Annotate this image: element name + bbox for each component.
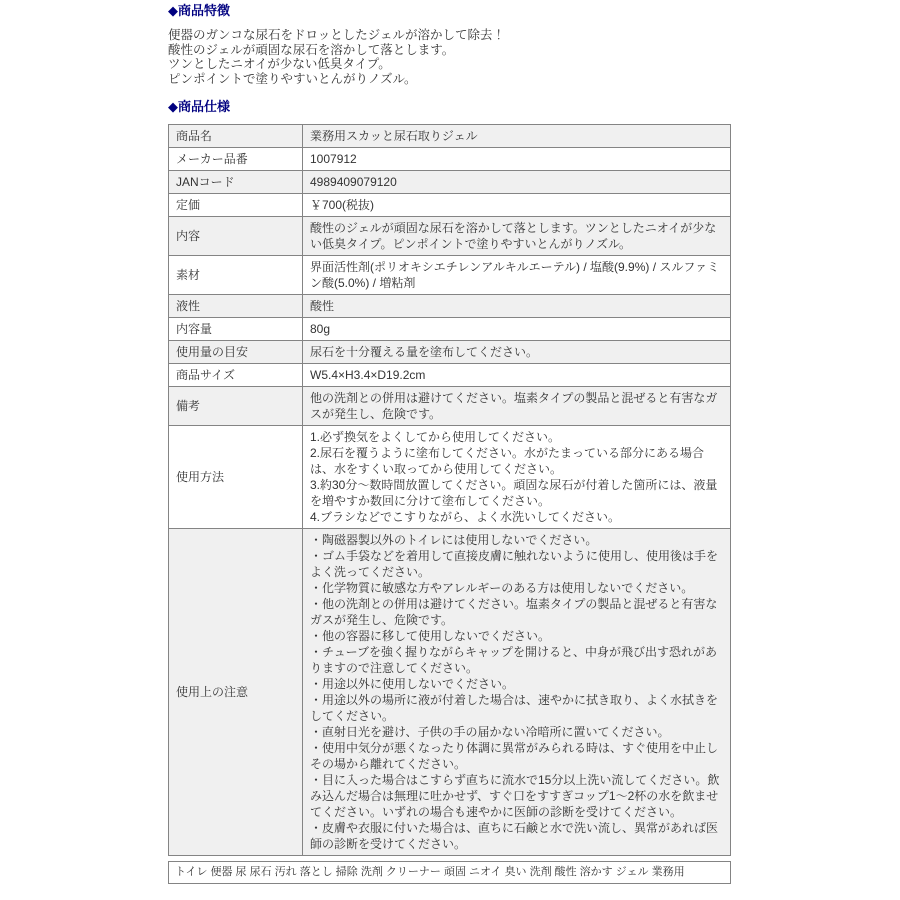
spec-label: 内容: [169, 217, 303, 256]
feature-line: 便器のガンコな尿石をドロッとしたジェルが溶かして除去！: [168, 28, 731, 43]
table-row: 内容量 80g: [169, 318, 731, 341]
spec-label: 使用上の注意: [169, 529, 303, 856]
spec-value: 80g: [303, 318, 731, 341]
spec-value: W5.4×H3.4×D19.2cm: [303, 364, 731, 387]
table-row: 備考 他の洗剤との併用は避けてください。塩素タイプの製品と混ぜると有害なガスが発…: [169, 387, 731, 426]
spec-value: 1007912: [303, 148, 731, 171]
spec-label: 商品名: [169, 125, 303, 148]
feature-line: ピンポイントで塗りやすいとんがりノズル。: [168, 72, 731, 87]
features-text: 便器のガンコな尿石をドロッとしたジェルが溶かして除去！ 酸性のジェルが頑固な尿石…: [168, 28, 731, 86]
spec-label: 備考: [169, 387, 303, 426]
table-row: JANコード 4989409079120: [169, 171, 731, 194]
spec-label: JANコード: [169, 171, 303, 194]
table-row: 使用量の目安 尿石を十分覆える量を塗布してください。: [169, 341, 731, 364]
spec-value: ・陶磁器製以外のトイレには使用しないでください。 ・ゴム手袋などを着用して直接皮…: [303, 529, 731, 856]
keywords-text: トイレ 便器 尿 尿石 汚れ 落とし 掃除 洗剤 クリーナー 頑固 ニオイ 臭い…: [175, 866, 685, 878]
table-row: 定価 ￥700(税抜): [169, 194, 731, 217]
table-row: メーカー品番 1007912: [169, 148, 731, 171]
spec-value: 4989409079120: [303, 171, 731, 194]
spec-value: 尿石を十分覆える量を塗布してください。: [303, 341, 731, 364]
spec-label: 商品サイズ: [169, 364, 303, 387]
spec-label: 素材: [169, 256, 303, 295]
table-row: 使用上の注意 ・陶磁器製以外のトイレには使用しないでください。 ・ゴム手袋などを…: [169, 529, 731, 856]
keywords-footer: トイレ 便器 尿 尿石 汚れ 落とし 掃除 洗剤 クリーナー 頑固 ニオイ 臭い…: [168, 861, 731, 884]
feature-line: ツンとしたニオイが少ない低臭タイプ。: [168, 57, 731, 72]
table-row: 液性 酸性: [169, 295, 731, 318]
spec-label: メーカー品番: [169, 148, 303, 171]
spec-value: ￥700(税抜): [303, 194, 731, 217]
spec-label: 定価: [169, 194, 303, 217]
table-row: 内容 酸性のジェルが頑固な尿石を溶かして落とします。ツンとしたニオイが少ない低臭…: [169, 217, 731, 256]
spec-label: 内容量: [169, 318, 303, 341]
specs-heading: ◆商品仕様: [168, 99, 731, 114]
spec-value: 酸性: [303, 295, 731, 318]
spec-value: 界面活性剤(ポリオキシエチレンアルキルエーテル) / 塩酸(9.9%) / スル…: [303, 256, 731, 295]
spec-label: 使用量の目安: [169, 341, 303, 364]
table-row: 商品サイズ W5.4×H3.4×D19.2cm: [169, 364, 731, 387]
spec-value: 他の洗剤との併用は避けてください。塩素タイプの製品と混ぜると有害なガスが発生し、…: [303, 387, 731, 426]
spec-label: 使用方法: [169, 426, 303, 529]
specs-table: 商品名 業務用スカッと尿石取りジェル メーカー品番 1007912 JANコード…: [168, 124, 731, 856]
table-row: 素材 界面活性剤(ポリオキシエチレンアルキルエーテル) / 塩酸(9.9%) /…: [169, 256, 731, 295]
feature-line: 酸性のジェルが頑固な尿石を溶かして落とします。: [168, 43, 731, 58]
spec-value: 1.必ず換気をよくしてから使用してください。 2.尿石を覆うように塗布してくださ…: [303, 426, 731, 529]
spec-value: 業務用スカッと尿石取りジェル: [303, 125, 731, 148]
product-description: ◆商品特徴 便器のガンコな尿石をドロッとしたジェルが溶かして除去！ 酸性のジェル…: [168, 3, 731, 884]
features-heading: ◆商品特徴: [168, 3, 731, 18]
table-row: 使用方法 1.必ず換気をよくしてから使用してください。 2.尿石を覆うように塗布…: [169, 426, 731, 529]
spec-label: 液性: [169, 295, 303, 318]
spec-value: 酸性のジェルが頑固な尿石を溶かして落とします。ツンとしたニオイが少ない低臭タイプ…: [303, 217, 731, 256]
table-row: 商品名 業務用スカッと尿石取りジェル: [169, 125, 731, 148]
